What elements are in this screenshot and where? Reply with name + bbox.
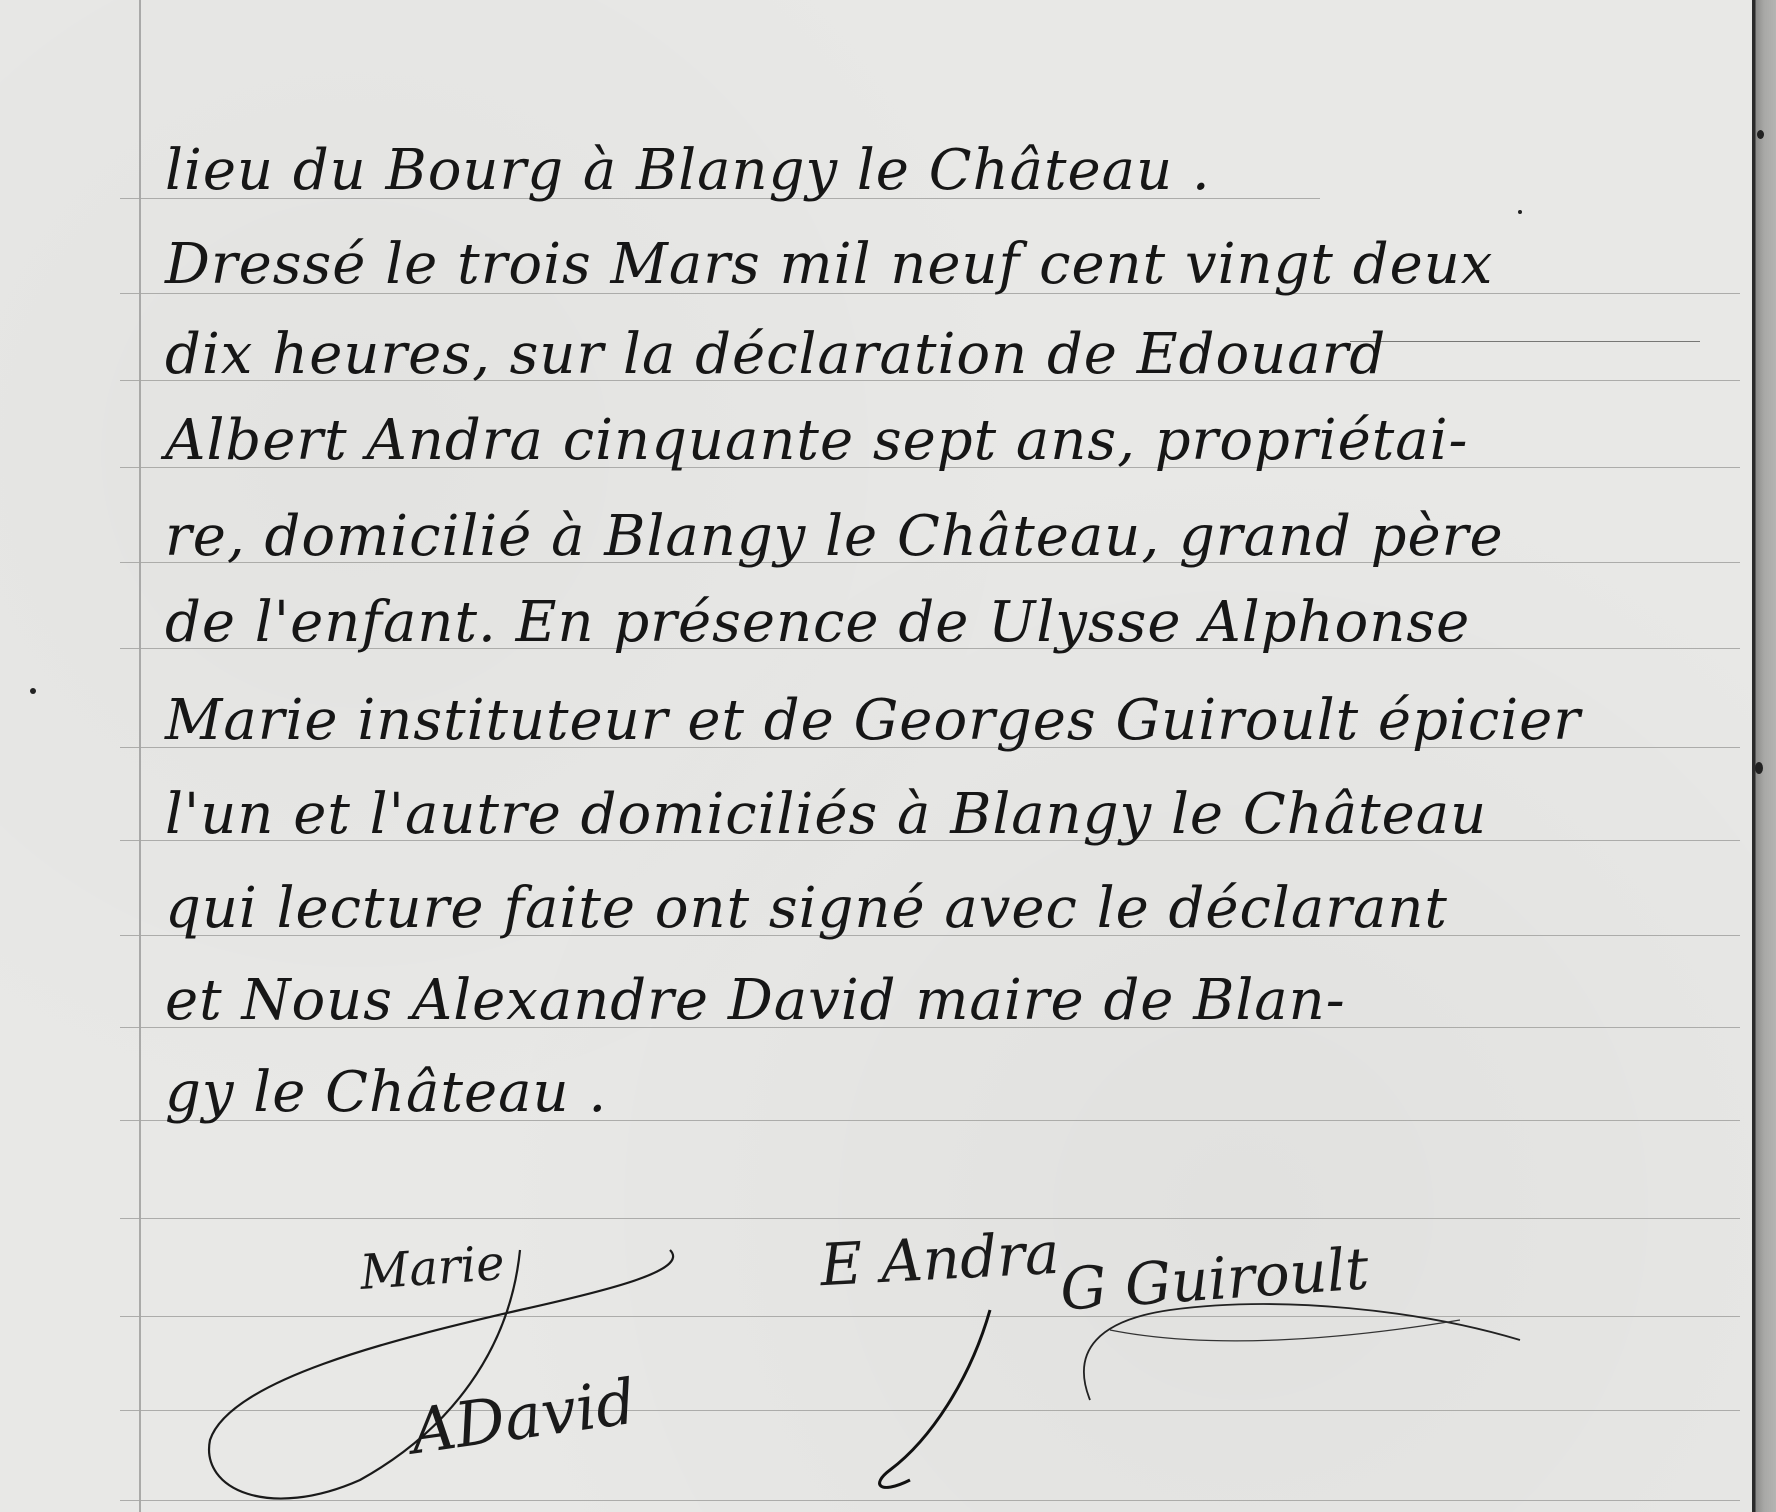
binding-mark: [1757, 130, 1764, 139]
body-line-11: gy le Château .: [165, 1060, 607, 1125]
body-line-1: lieu du Bourg à Blangy le Château .: [165, 138, 1211, 203]
page-binding-edge: [1752, 0, 1776, 1512]
left-margin-line: [139, 0, 141, 1512]
ruled-line: [120, 1218, 1740, 1219]
signature-david: ADavid: [406, 1365, 640, 1469]
body-line-7: Marie instituteur et de Georges Guiroult…: [165, 688, 1581, 753]
body-line-6: de l'enfant. En présence de Ulysse Alpho…: [165, 590, 1470, 655]
binding-mark: [1755, 762, 1763, 774]
body-line-4: Albert Andra cinquante sept ans, proprié…: [165, 408, 1468, 473]
signature-guiroult: G Guiroult: [1058, 1234, 1371, 1323]
ruled-line: [120, 1410, 1740, 1411]
signature-marie: Marie: [358, 1235, 506, 1301]
body-line-10: et Nous Alexandre David maire de Blan-: [165, 968, 1346, 1033]
ink-speck: [30, 688, 36, 694]
body-line-3: dix heures, sur la déclaration de Edouar…: [165, 322, 1386, 387]
body-line-2: Dressé le trois Mars mil neuf cent vingt…: [165, 232, 1493, 297]
body-line-5: re, domicilié à Blangy le Château, grand…: [165, 504, 1504, 569]
ruled-line: [1350, 341, 1700, 342]
signature-andra: E Andra: [818, 1219, 1061, 1299]
ruled-line: [120, 1500, 1740, 1501]
ruled-line: [120, 1316, 1740, 1317]
registry-page: lieu du Bourg à Blangy le Château . Dres…: [0, 0, 1776, 1512]
body-line-9: qui lecture faite ont signé avec le décl…: [165, 876, 1448, 941]
body-line-8: l'un et l'autre domiciliés à Blangy le C…: [165, 782, 1487, 847]
signature-flourish-andra: [870, 1300, 1010, 1490]
ink-speck: [1518, 210, 1522, 214]
